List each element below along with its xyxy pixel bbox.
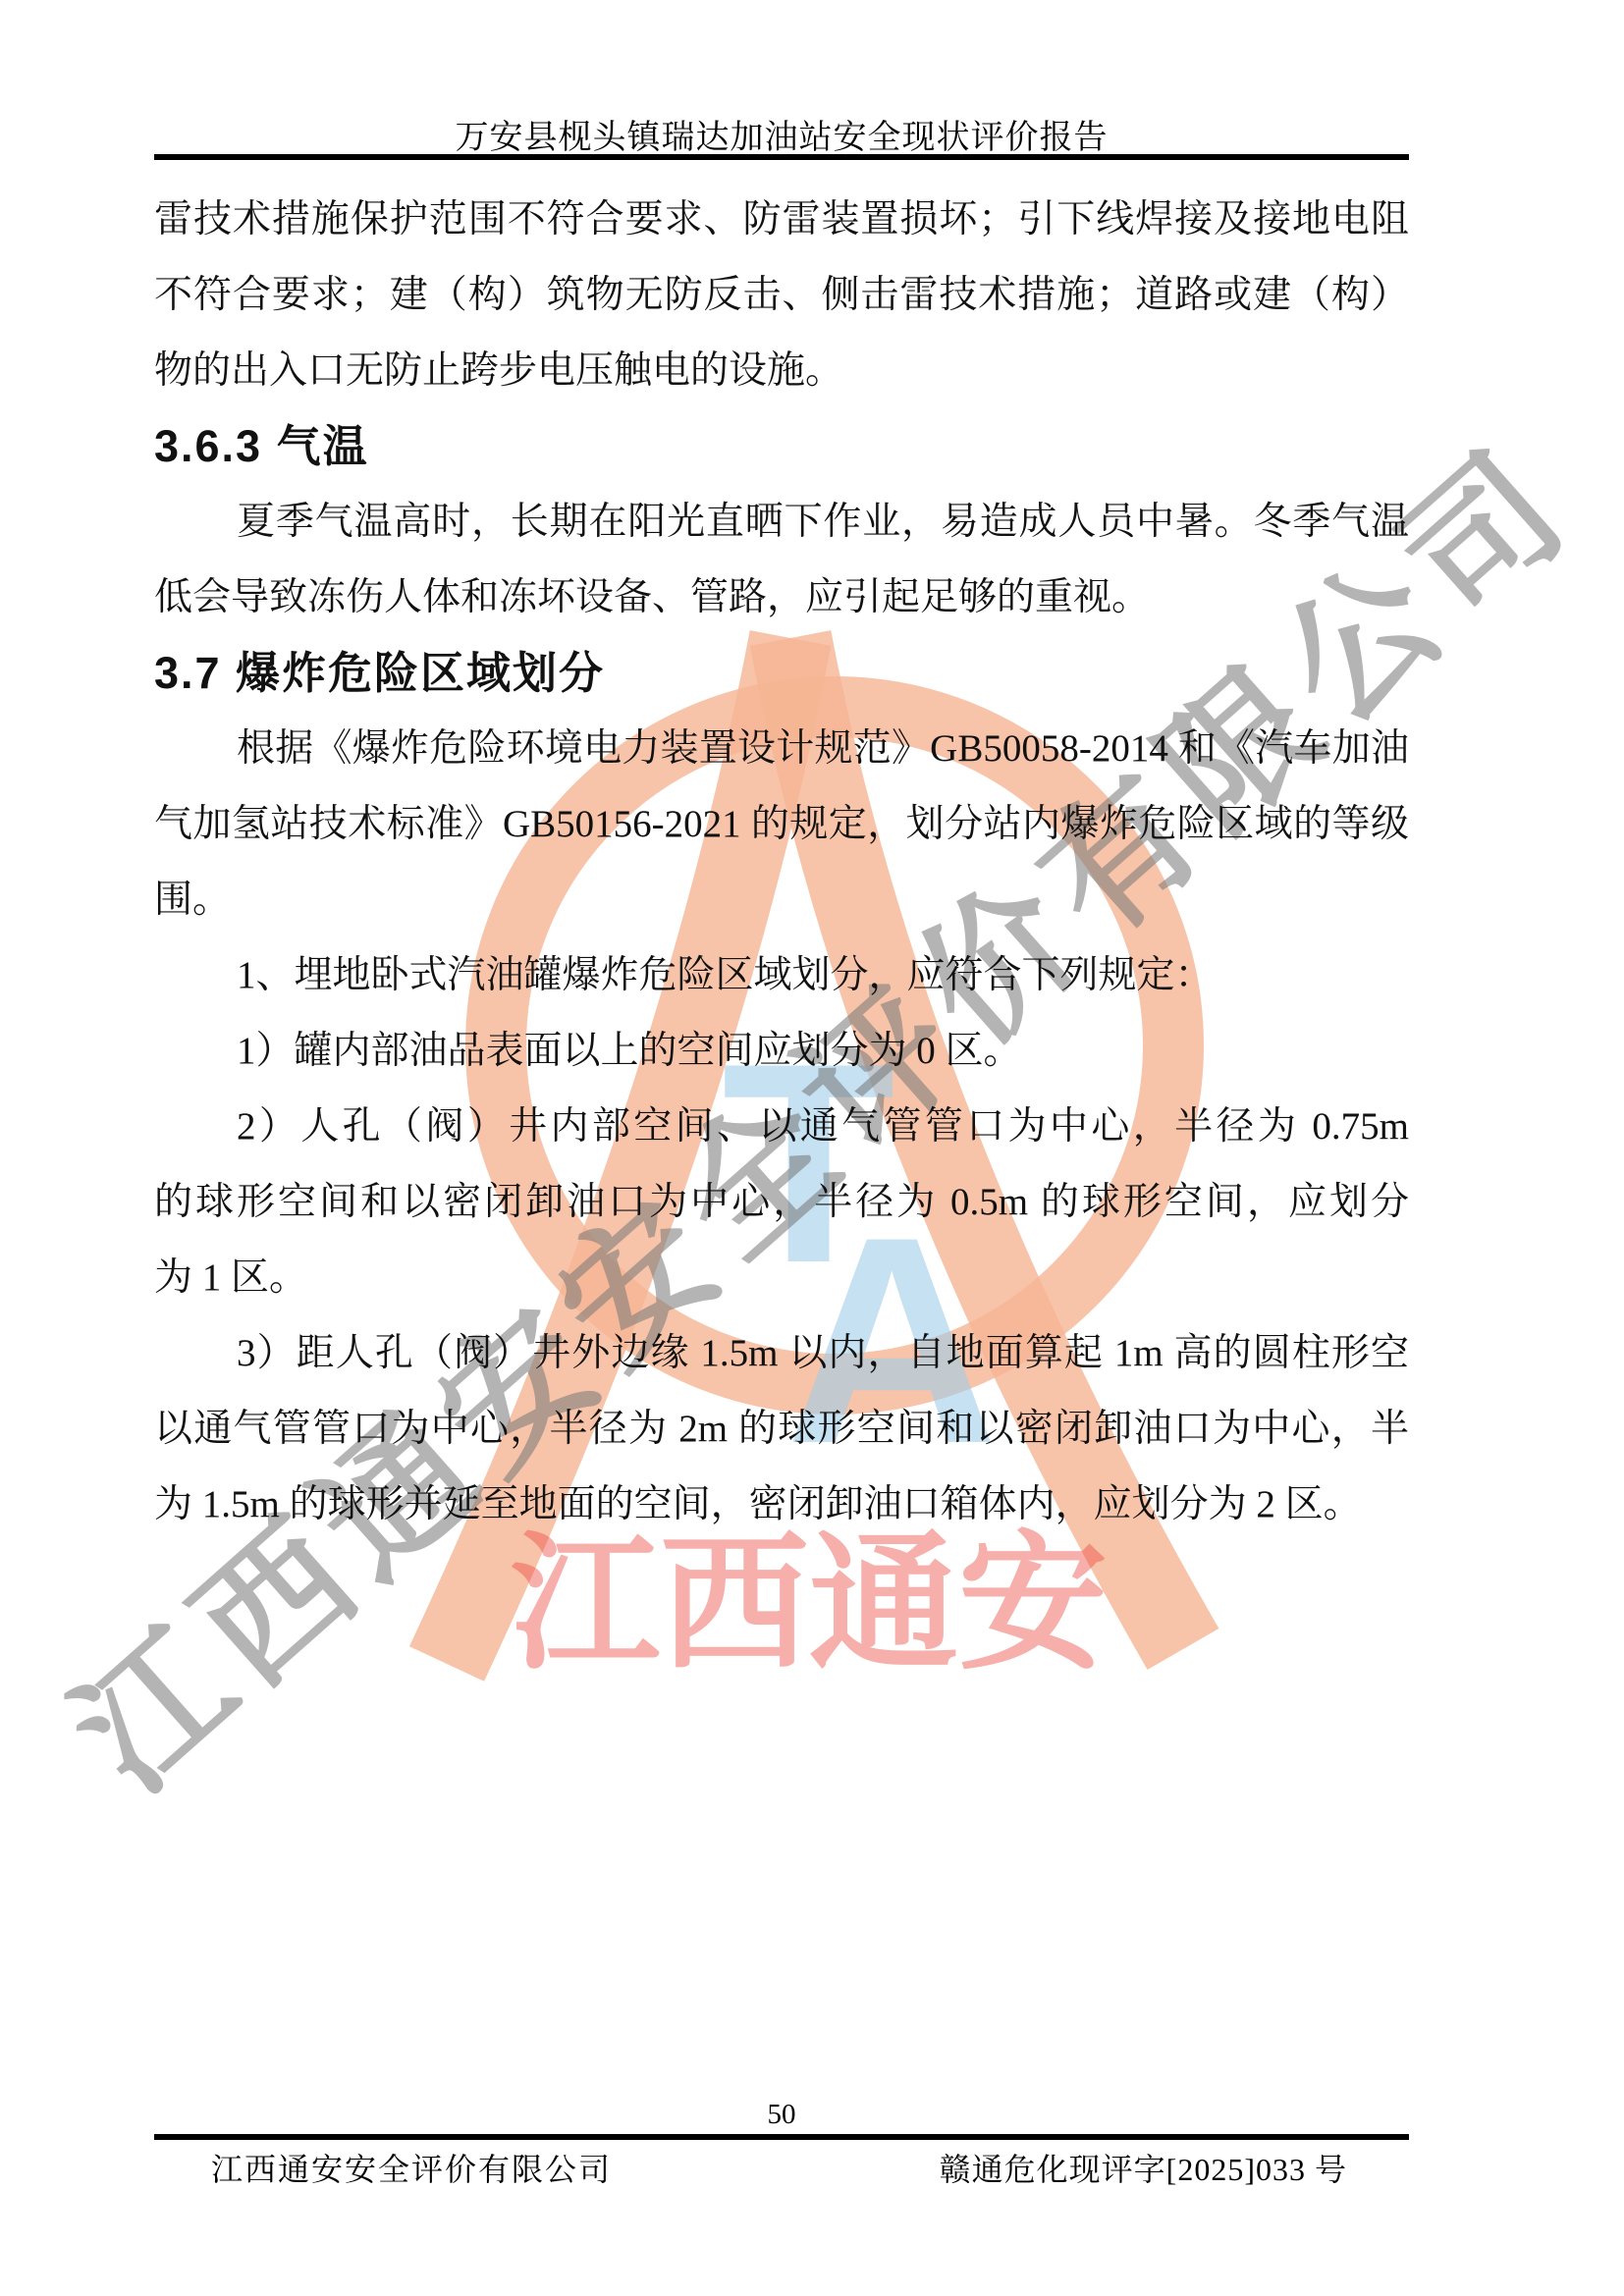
body-line: 雷技术措施保护范围不符合要求、防雷装置损坏；引下线焊接及接地电阻值 [154, 182, 1409, 257]
body-line: 不符合要求；建（构）筑物无防反击、侧击雷技术措施；道路或建（构）筑 [154, 257, 1409, 333]
footer-rule [154, 2134, 1409, 2140]
body-line: 根据《爆炸危险环境电力装置设计规范》GB50058-2014 和《汽车加油加 [154, 711, 1409, 786]
body-line: 夏季气温高时，长期在阳光直晒下作业，易造成人员中暑。冬季气温过 [154, 484, 1409, 560]
body-line: 低会导致冻伤人体和冻坏设备、管路，应引起足够的重视。 [154, 560, 1409, 635]
body-line: 为 1 区。 [154, 1240, 1409, 1315]
footer-doc-number: 赣通危化现评字[2025]033 号 [940, 2145, 1347, 2190]
document-header-title: 万安县枧头镇瑞达加油站安全现状评价报告 [154, 110, 1409, 158]
header-rule [154, 154, 1409, 160]
list-item: 3）距人孔（阀）井外边缘 1.5m 以内，自地面算起 1m 高的圆柱形空间、 [154, 1315, 1409, 1391]
body-line: 物的出入口无防止跨步电压触电的设施。 [154, 333, 1409, 408]
page-number: 50 [154, 2099, 1409, 2131]
footer-company: 江西通安安全评价有限公司 [211, 2145, 612, 2190]
body-line: 气加氢站技术标准》GB50156-2021 的规定，划分站内爆炸危险区域的等级范 [154, 786, 1409, 862]
list-item: 1）罐内部油品表面以上的空间应划分为 0 区。 [154, 1013, 1409, 1089]
section-heading: 3.6.3 气温 [154, 408, 1409, 484]
section-heading: 3.7 爆炸危险区域划分 [154, 635, 1409, 711]
list-item: 1、埋地卧式汽油罐爆炸危险区域划分，应符合下列规定： [154, 937, 1409, 1013]
body-line: 以通气管管口为中心，半径为 2m 的球形空间和以密闭卸油口为中心，半径 [154, 1391, 1409, 1467]
body-line: 为 1.5m 的球形并延至地面的空间，密闭卸油口箱体内，应划分为 2 区。 [154, 1467, 1409, 1542]
body-line: 的球形空间和以密闭卸油口为中心，半径为 0.5m 的球形空间，应划分 [154, 1164, 1409, 1240]
list-item: 2）人孔（阀）井内部空间、以通气管管口为中心，半径为 0.75m [154, 1089, 1409, 1164]
document-body: 雷技术措施保护范围不符合要求、防雷装置损坏；引下线焊接及接地电阻值 不符合要求；… [154, 182, 1409, 1542]
body-line: 围。 [154, 862, 1409, 937]
